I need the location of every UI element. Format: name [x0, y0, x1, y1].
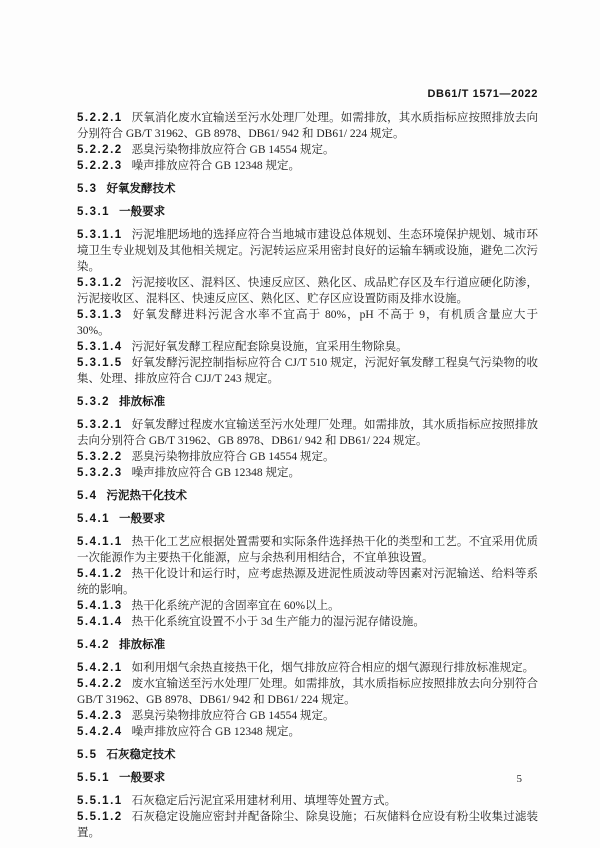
- clause-text: 废水宜输送至污水处理厂处理。如需排放，其水质指标应按照排放去向分别符合 GB/T…: [77, 678, 538, 706]
- section-heading: 5.3.2排放标准: [77, 394, 538, 410]
- clause-number: 5.4.1.4: [77, 616, 123, 628]
- section-heading: 5.4污泥热干化技术: [77, 488, 538, 504]
- clause-number: 5.4.1.2: [77, 568, 123, 580]
- clause-paragraph: 5.2.2.2恶臭污染物排放应符合 GB 14554 规定。: [77, 142, 538, 158]
- section-title: 好氧发酵技术: [107, 183, 176, 195]
- clause-number: 5.3.2.3: [77, 467, 123, 479]
- section-title: 一般要求: [119, 772, 165, 784]
- clause-paragraph: 5.2.2.1厌氧消化废水宜输送至污水处理厂处理。如需排放，其水质指标应按照排放…: [77, 110, 538, 142]
- clause-paragraph: 5.4.1.4热干化系统宜设置不小于 3d 生产能力的湿污泥存储设施。: [77, 614, 538, 630]
- clause-number: 5.2.2.1: [77, 112, 123, 124]
- section-title: 排放标准: [119, 396, 165, 408]
- clause-number: 5.4.2.4: [77, 726, 123, 738]
- section-heading: 5.3好氧发酵技术: [77, 181, 538, 197]
- clause-number: 5.4.2.2: [77, 678, 123, 690]
- clause-text: 噪声排放应符合 GB 12348 规定。: [132, 726, 300, 738]
- clause-number: 5.4.1.1: [77, 536, 123, 548]
- section-number: 5.3: [77, 183, 98, 195]
- clause-text: 噪声排放应符合 GB 12348 规定。: [132, 160, 300, 172]
- clause-text: 石灰稳定后污泥宜采用建材利用、填埋等处置方式。: [132, 795, 397, 807]
- clause-number: 5.3.1.2: [77, 277, 123, 289]
- clause-text: 热干化系统产泥的含固率宜在 60%以上。: [132, 600, 340, 612]
- section-heading: 5.4.2排放标准: [77, 637, 538, 653]
- clause-text: 好氧发酵进料污泥含水率不宜高于 80%，pH 不高于 9，有机质含量应大于 30…: [77, 309, 538, 337]
- clause-paragraph: 5.3.1.2污泥接收区、混料区、快速反应区、熟化区、成品贮存区及车行道应硬化防…: [77, 275, 538, 307]
- clause-paragraph: 5.2.2.3噪声排放应符合 GB 12348 规定。: [77, 158, 538, 174]
- section-number: 5.4: [77, 490, 98, 502]
- clause-text: 好氧发酵污泥控制指标应符合 CJ/T 510 规定，污泥好氧发酵工程臭气污染物的…: [77, 357, 538, 385]
- clause-text: 噪声排放应符合 GB 12348 规定。: [132, 467, 300, 479]
- section-heading: 5.4.1一般要求: [77, 511, 538, 527]
- section-title: 污泥热干化技术: [107, 490, 188, 502]
- clause-text: 石灰稳定设施应密封并配备除尘、除臭设施；石灰储料仓应设有粉尘收集过滤装置。: [77, 811, 538, 839]
- clause-paragraph: 5.3.2.1好氧发酵过程废水宜输送至污水处理厂处理。如需排放，其水质指标应按照…: [77, 417, 538, 449]
- clause-number: 5.3.1.5: [77, 357, 123, 369]
- section-title: 排放标准: [119, 639, 165, 651]
- clause-number: 5.5.1.1: [77, 795, 123, 807]
- clause-paragraph: 5.5.1.2石灰稳定设施应密封并配备除尘、除臭设施；石灰储料仓应设有粉尘收集过…: [77, 809, 538, 841]
- clause-paragraph: 5.4.2.3恶臭污染物排放应符合 GB 14554 规定。: [77, 708, 538, 724]
- clause-text: 污泥堆肥场地的选择应符合当地城市建设总体规划、生态环境保护规划、城市环境卫生专业…: [77, 229, 538, 273]
- clause-number: 5.3.1.1: [77, 229, 123, 241]
- clause-text: 厌氧消化废水宜输送至污水处理厂处理。如需排放，其水质指标应按照排放去向分别符合 …: [77, 112, 538, 140]
- clause-paragraph: 5.3.1.5好氧发酵污泥控制指标应符合 CJ/T 510 规定，污泥好氧发酵工…: [77, 355, 538, 387]
- clause-paragraph: 5.3.1.1污泥堆肥场地的选择应符合当地城市建设总体规划、生态环境保护规划、城…: [77, 227, 538, 275]
- document-page: DB61/T 1571—2022 5.2.2.1厌氧消化废水宜输送至污水处理厂处…: [0, 0, 600, 848]
- clause-number: 5.3.2.2: [77, 451, 123, 463]
- section-number: 5.3.2: [77, 396, 110, 408]
- clause-number: 5.5.1.2: [77, 811, 123, 823]
- clause-text: 恶臭污染物排放应符合 GB 14554 规定。: [132, 144, 335, 156]
- section-title: 石灰稳定技术: [107, 749, 176, 761]
- clause-paragraph: 5.3.1.4污泥好氧发酵工程应配套除臭设施，宜采用生物除臭。: [77, 339, 538, 355]
- section-number: 5.3.1: [77, 206, 110, 218]
- document-header-standard-number: DB61/T 1571—2022: [428, 88, 539, 100]
- clause-paragraph: 5.4.1.1热干化工艺应根据处置需要和实际条件选择热干化的类型和工艺。不宜采用…: [77, 534, 538, 566]
- clause-text: 如利用烟气余热直接热干化，烟气排放应符合相应的烟气源现行排放标准规定。: [132, 662, 535, 674]
- document-body: 5.2.2.1厌氧消化废水宜输送至污水处理厂处理。如需排放，其水质指标应按照排放…: [77, 110, 538, 841]
- clause-paragraph: 5.4.1.2热干化设计和运行时，应考虑热源及进泥性质波动等因素对污泥输送、给料…: [77, 566, 538, 598]
- clause-paragraph: 5.3.1.3好氧发酵进料污泥含水率不宜高于 80%，pH 不高于 9，有机质含…: [77, 307, 538, 339]
- section-title: 一般要求: [119, 513, 165, 525]
- clause-text: 热干化工艺应根据处置需要和实际条件选择热干化的类型和工艺。不宜采用优质一次能源作…: [77, 536, 538, 564]
- section-number: 5.4.1: [77, 513, 110, 525]
- clause-text: 好氧发酵过程废水宜输送至污水处理厂处理。如需排放，其水质指标应按照排放去向分别符…: [77, 419, 538, 447]
- clause-number: 5.2.2.3: [77, 160, 123, 172]
- section-heading: 5.5.1一般要求: [77, 770, 538, 786]
- clause-number: 5.4.2.1: [77, 662, 123, 674]
- section-heading: 5.3.1一般要求: [77, 204, 538, 220]
- clause-number: 5.3.2.1: [77, 419, 123, 431]
- clause-paragraph: 5.3.2.3噪声排放应符合 GB 12348 规定。: [77, 465, 538, 481]
- clause-text: 恶臭污染物排放应符合 GB 14554 规定。: [132, 451, 335, 463]
- clause-paragraph: 5.5.1.1石灰稳定后污泥宜采用建材利用、填埋等处置方式。: [77, 793, 538, 809]
- clause-number: 5.3.1.3: [77, 309, 123, 321]
- clause-paragraph: 5.4.1.3热干化系统产泥的含固率宜在 60%以上。: [77, 598, 538, 614]
- page-number: 5: [517, 773, 523, 785]
- clause-number: 5.4.2.3: [77, 710, 123, 722]
- clause-text: 热干化系统宜设置不小于 3d 生产能力的湿污泥存储设施。: [132, 616, 425, 628]
- clause-text: 热干化设计和运行时，应考虑热源及进泥性质波动等因素对污泥输送、给料等系统的影响。: [77, 568, 538, 596]
- section-heading: 5.5石灰稳定技术: [77, 747, 538, 763]
- section-number: 5.4.2: [77, 639, 110, 651]
- section-number: 5.5.1: [77, 772, 110, 784]
- clause-number: 5.2.2.2: [77, 144, 123, 156]
- section-title: 一般要求: [119, 206, 165, 218]
- clause-paragraph: 5.4.2.2废水宜输送至污水处理厂处理。如需排放，其水质指标应按照排放去向分别…: [77, 676, 538, 708]
- clause-text: 污泥好氧发酵工程应配套除臭设施，宜采用生物除臭。: [132, 341, 408, 353]
- clause-text: 污泥接收区、混料区、快速反应区、熟化区、成品贮存区及车行道应硬化防渗，污泥接收区…: [77, 277, 538, 305]
- clause-text: 恶臭污染物排放应符合 GB 14554 规定。: [132, 710, 335, 722]
- clause-number: 5.4.1.3: [77, 600, 123, 612]
- clause-paragraph: 5.4.2.4噪声排放应符合 GB 12348 规定。: [77, 724, 538, 740]
- section-number: 5.5: [77, 749, 98, 761]
- clause-number: 5.3.1.4: [77, 341, 123, 353]
- clause-paragraph: 5.3.2.2恶臭污染物排放应符合 GB 14554 规定。: [77, 449, 538, 465]
- clause-paragraph: 5.4.2.1如利用烟气余热直接热干化，烟气排放应符合相应的烟气源现行排放标准规…: [77, 660, 538, 676]
